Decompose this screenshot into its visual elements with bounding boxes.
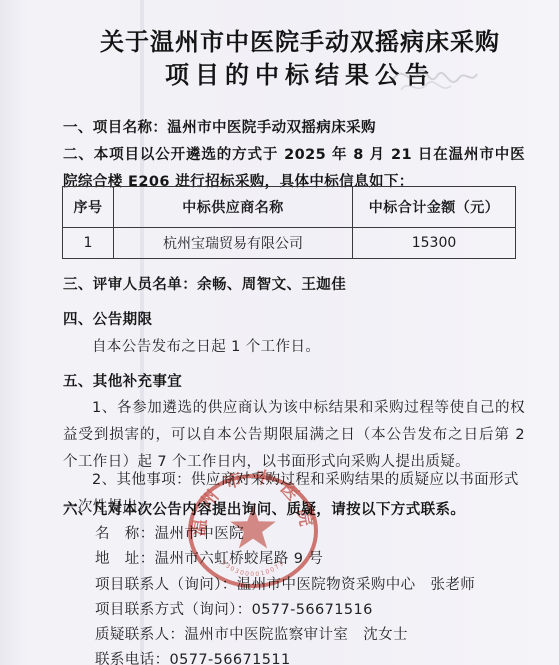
section-project-name: 一、项目名称：温州市中医院手动双摇病床采购 (63, 115, 525, 142)
section-announcement-period-heading: 四、公告期限 (63, 307, 525, 334)
section-other-matters-heading: 五、其他补充事宜 (63, 369, 525, 396)
bid-result-table: 序号 中标供应商名称 中标合计金额（元） 1 杭州宝瑞贸易有限公司 15300 (62, 186, 516, 259)
title-line-2: 项目的中标结果公告 (40, 59, 559, 92)
contact-name: 名 称：温州市中医院 (95, 523, 525, 545)
section-contact-heading: 六、凡对本次公告内容提出询问、质疑，请按以下方式联系。 (63, 497, 525, 524)
title-line-1: 关于温州市中医院手动双摇病床采购 (40, 26, 559, 59)
announcement-period-body: 自本公告发布之日起 1 个工作日。 (92, 334, 525, 361)
section-reviewers: 三、评审人员名单：余畅、周智文、王迦佳 (63, 272, 525, 299)
header-supplier-name: 中标供应商名称 (114, 187, 353, 228)
header-total-amount: 中标合计金额（元） (353, 187, 516, 228)
cell-total-amount: 15300 (353, 228, 516, 259)
cell-serial-no: 1 (63, 228, 114, 259)
contact-address: 地 址：温州市六虹桥蛟尾路 9 号 (95, 548, 525, 570)
contact-project-person: 项目联系人（询问）：温州市中医院物资采购中心 张老师 (95, 574, 525, 596)
table-row: 1 杭州宝瑞贸易有限公司 15300 (63, 228, 516, 259)
table-header-row: 序号 中标供应商名称 中标合计金额（元） (63, 187, 516, 228)
document-title: 关于温州市中医院手动双摇病床采购 项目的中标结果公告 (40, 26, 559, 92)
header-serial-no: 序号 (63, 187, 114, 228)
other-matters-item-1: 1、各参加遴选的供应商认为该中标结果和采购过程等使自己的权益受到损害的，可以自本… (63, 395, 525, 476)
cell-supplier-name: 杭州宝瑞贸易有限公司 (114, 228, 353, 259)
contact-project-phone: 项目联系方式（询问）：0577-56671516 (95, 599, 525, 621)
contact-challenge-phone: 联系电话：0577-56671511 (95, 649, 525, 665)
contact-challenge-person: 质疑联系人：温州市中医院监察审计室 沈女士 (95, 624, 525, 646)
